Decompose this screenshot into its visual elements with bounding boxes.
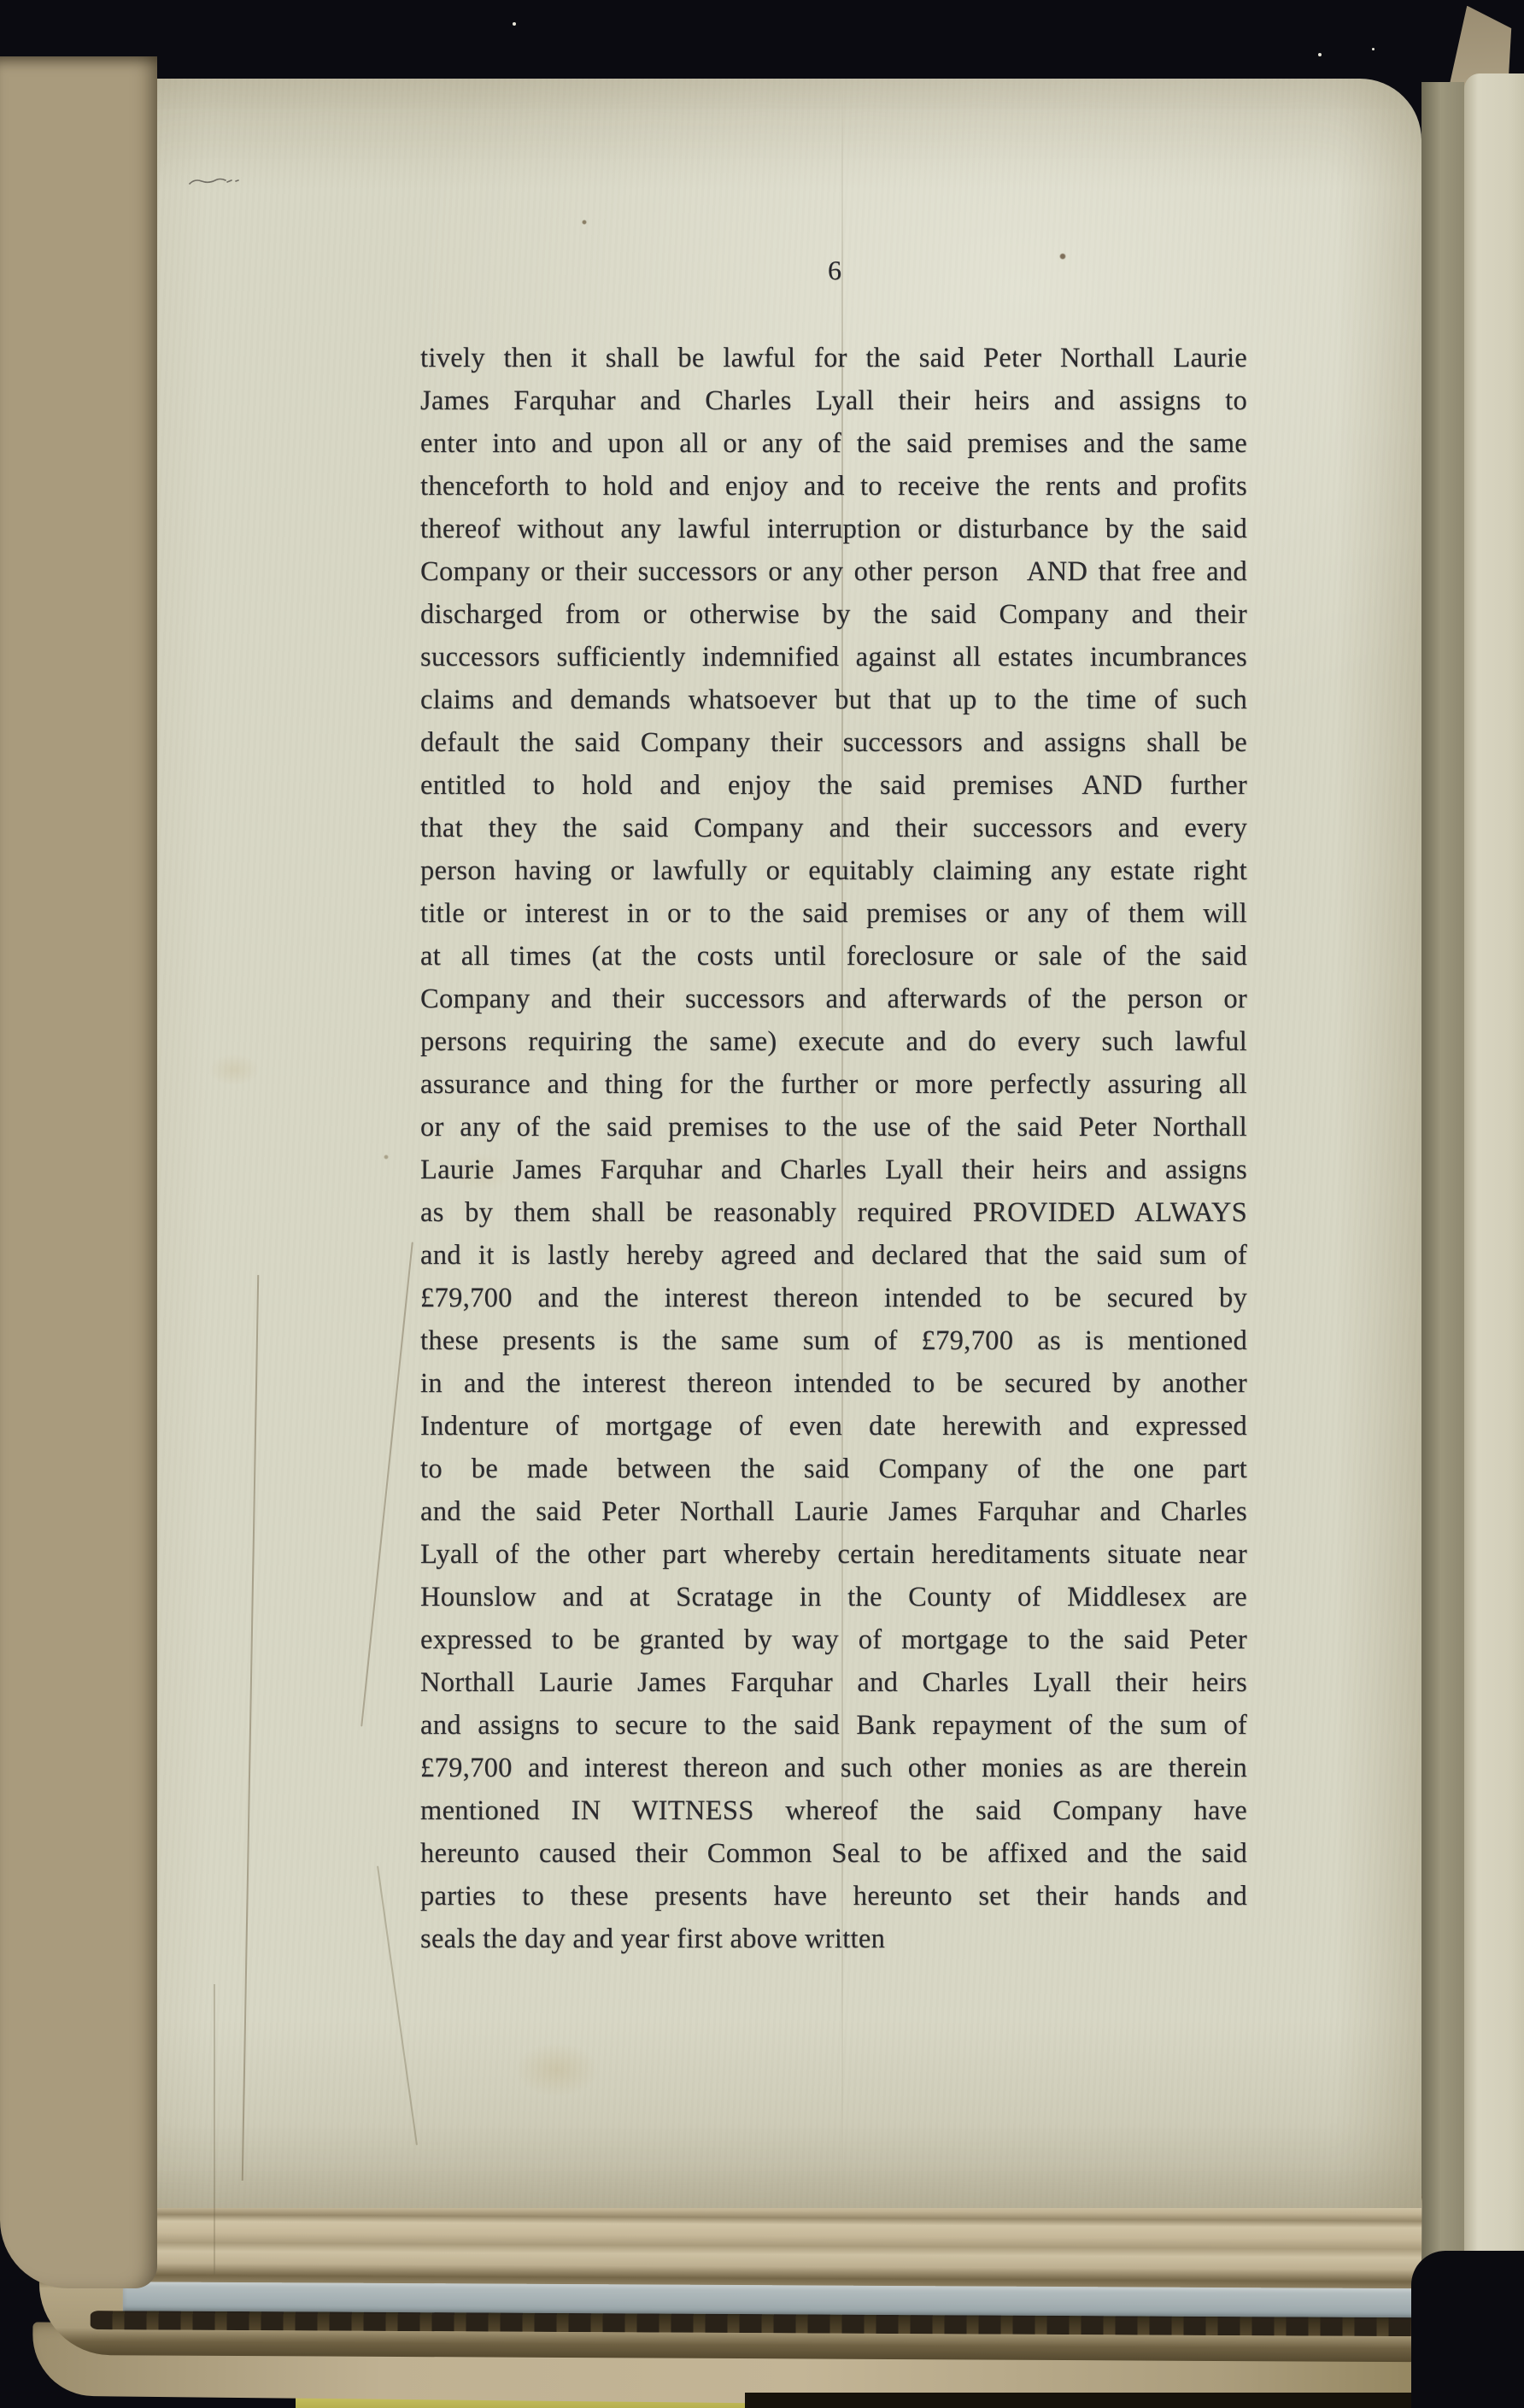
page-crease bbox=[360, 1242, 413, 1726]
page-edge-line bbox=[242, 1275, 259, 2181]
text-line: persons requiring the same) execute and … bbox=[420, 1020, 1247, 1063]
text-line: and assigns to secure to the said Bank r… bbox=[420, 1704, 1247, 1747]
book-scan-photo: 6 tively then it shall be lawful for the… bbox=[0, 0, 1524, 2408]
text-line: assurance and thing for the further or m… bbox=[420, 1063, 1247, 1106]
text-line: expressed to be granted by way of mortga… bbox=[420, 1618, 1247, 1661]
text-line: thenceforth to hold and enjoy and to rec… bbox=[420, 465, 1247, 508]
page-number: 6 bbox=[422, 255, 1247, 286]
text-line: Company or their successors or any other… bbox=[420, 550, 1247, 593]
text-line: to be made between the said Company of t… bbox=[420, 1448, 1247, 1490]
dust-speck bbox=[1372, 48, 1375, 50]
text-line: parties to these presents have hereunto … bbox=[420, 1875, 1247, 1918]
text-line: and it is lastly hereby agreed and decla… bbox=[420, 1234, 1247, 1277]
text-line: Hounslow and at Scratage in the County o… bbox=[420, 1576, 1247, 1618]
text-line: at all times (at the costs until foreclo… bbox=[420, 935, 1247, 978]
text-line: £79,700 and the interest thereon intende… bbox=[420, 1277, 1247, 1319]
background-corner bbox=[1411, 2251, 1524, 2408]
text-line: hereunto caused their Common Seal to be … bbox=[420, 1832, 1247, 1875]
text-line: successors sufficiently indemnified agai… bbox=[420, 636, 1247, 678]
text-line: James Farquhar and Charles Lyall their h… bbox=[420, 379, 1247, 422]
dust-speck bbox=[1318, 53, 1322, 56]
text-line: that they the said Company and their suc… bbox=[420, 807, 1247, 849]
text-line: Lyall of the other part whereby certain … bbox=[420, 1533, 1247, 1576]
page-crease bbox=[377, 1865, 418, 2145]
text-line: in and the interest thereon intended to … bbox=[420, 1362, 1247, 1405]
text-line: and the said Peter Northall Laurie James… bbox=[420, 1490, 1247, 1533]
text-line: Company and their successors and afterwa… bbox=[420, 978, 1247, 1020]
bottom-shadow bbox=[745, 2393, 1428, 2408]
adjacent-page-edge bbox=[1464, 73, 1524, 2282]
text-line: or any of the said premises to the use o… bbox=[420, 1106, 1247, 1148]
text-line: discharged from or otherwise by the said… bbox=[420, 593, 1247, 636]
page-edge-line bbox=[214, 1984, 215, 2275]
text-line: these presents is the same sum of £79,70… bbox=[420, 1319, 1247, 1362]
text-line: Indenture of mortgage of even date herew… bbox=[420, 1405, 1247, 1448]
text-line: thereof without any lawful interruption … bbox=[420, 508, 1247, 550]
book-binding-left-edge bbox=[0, 56, 157, 2288]
text-line: claims and demands whatsoever but that u… bbox=[420, 678, 1247, 721]
page-gutter-shadow bbox=[1421, 82, 1464, 2278]
text-line: default the said Company their successor… bbox=[420, 721, 1247, 764]
book-page: 6 tively then it shall be lawful for the… bbox=[79, 79, 1421, 2208]
body-text: tively then it shall be lawful for the s… bbox=[420, 337, 1247, 1960]
text-line: tively then it shall be lawful for the s… bbox=[420, 337, 1247, 379]
bottom-page-edges bbox=[38, 2188, 1421, 2362]
text-line: enter into and upon all or any of the sa… bbox=[420, 422, 1247, 465]
text-line: entitled to hold and enjoy the said prem… bbox=[420, 764, 1247, 807]
dust-speck bbox=[513, 22, 516, 26]
text-line: title or interest in or to the said prem… bbox=[420, 892, 1247, 935]
text-line: £79,700 and interest thereon and such ot… bbox=[420, 1747, 1247, 1789]
text-line: person having or lawfully or equitably c… bbox=[420, 849, 1247, 892]
text-line: seals the day and year first above writt… bbox=[420, 1918, 1247, 1960]
text-line: mentioned IN WITNESS whereof the said Co… bbox=[420, 1789, 1247, 1832]
text-line: Northall Laurie James Farquhar and Charl… bbox=[420, 1661, 1247, 1704]
pencil-mark bbox=[188, 174, 248, 188]
text-line: as by them shall be reasonably required … bbox=[420, 1191, 1247, 1234]
text-line: Laurie James Farquhar and Charles Lyall … bbox=[420, 1148, 1247, 1191]
